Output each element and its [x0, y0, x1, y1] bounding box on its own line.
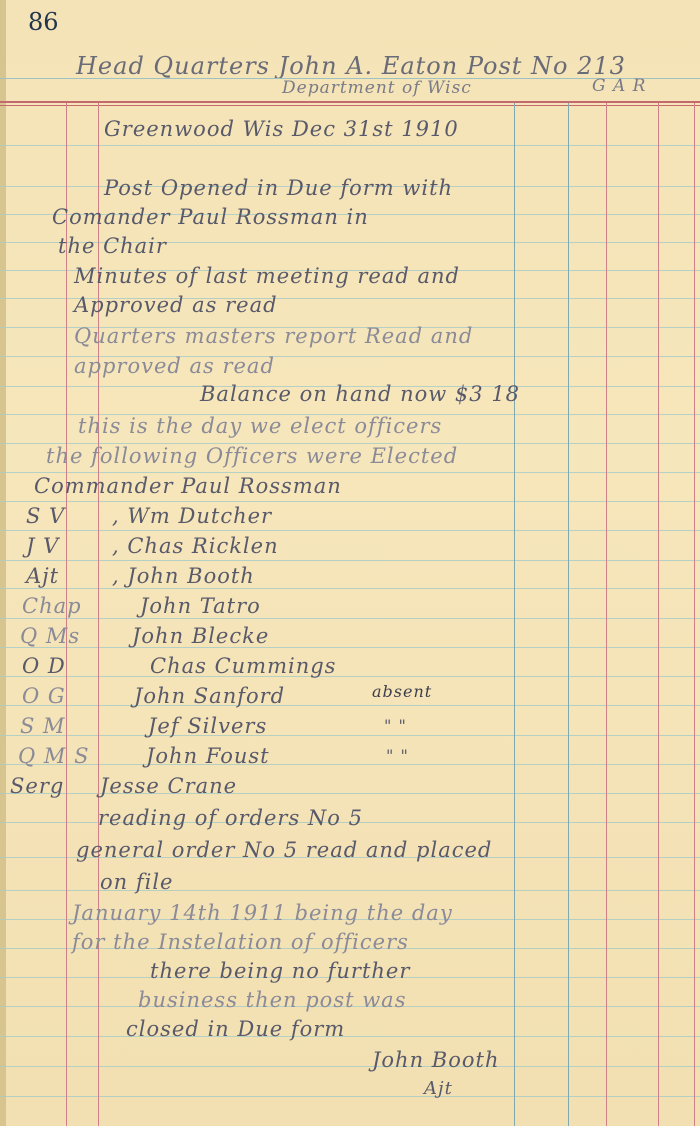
- header-title: Head Quarters John A. Eaton Post No 213: [76, 54, 626, 78]
- column-rule: [568, 103, 569, 1126]
- officer-title: O D: [22, 656, 66, 677]
- minutes-line: the Chair: [58, 236, 167, 257]
- officer-title: Q Ms: [20, 626, 80, 647]
- ruled-line: [0, 735, 700, 736]
- minutes-line: on file: [100, 872, 173, 893]
- officer-title: Serg: [10, 776, 64, 797]
- officer-title: S V: [26, 506, 65, 527]
- officer-name: , Chas Ricklen: [112, 536, 279, 557]
- ruled-line: [0, 472, 700, 473]
- officer-title: S M: [20, 716, 66, 737]
- amount-column-rule: [658, 103, 659, 1126]
- minutes-line: Quarters masters report Read and: [74, 326, 473, 347]
- entry-date: Greenwood Wis Dec 31st 1910: [104, 119, 459, 140]
- ruled-line: [0, 676, 700, 677]
- header-organization: G A R: [592, 78, 646, 95]
- officer-name: John Blecke: [132, 626, 269, 647]
- officer-title: J V: [26, 536, 59, 557]
- double-red-rule-lower: [0, 105, 700, 106]
- amount-column-rule: [694, 103, 695, 1126]
- officer-note: absent: [372, 684, 432, 700]
- officer-name: John Foust: [146, 746, 270, 767]
- ruled-line: [0, 588, 700, 589]
- ruled-line: [0, 1066, 700, 1067]
- balance-line: Balance on hand now $3 18: [200, 384, 520, 405]
- ruled-line: [0, 1036, 700, 1037]
- minutes-line: business then post was: [138, 990, 406, 1011]
- minutes-line: approved as read: [74, 356, 275, 377]
- officer-name: Jef Silvers: [148, 716, 267, 737]
- ruled-line: [0, 501, 700, 502]
- officer-note: " ": [384, 718, 407, 734]
- officer-title: O G: [22, 686, 66, 707]
- minutes-line: closed in Due form: [126, 1019, 345, 1040]
- officer-name: Chas Cummings: [150, 656, 336, 677]
- ruled-line: [0, 705, 700, 706]
- amount-column-rule: [606, 103, 607, 1126]
- ruled-line: [0, 647, 700, 648]
- header-department: Department of Wisc: [282, 80, 472, 97]
- officer-title: Q M S: [18, 746, 89, 767]
- ruled-line: [0, 618, 700, 619]
- signature-name: John Booth: [372, 1050, 499, 1071]
- officer-name: Jesse Crane: [100, 776, 237, 797]
- minutes-line: Minutes of last meeting read and: [74, 266, 460, 287]
- double-red-rule: [0, 101, 700, 103]
- minutes-line: there being no further: [150, 961, 410, 982]
- officer-title: Ajt: [26, 566, 59, 587]
- minutes-line: general order No 5 read and placed: [76, 840, 492, 861]
- page-number: 86: [28, 8, 59, 36]
- ruled-line: [0, 1096, 700, 1097]
- officer-title: Chap: [22, 596, 82, 617]
- minutes-line: January 14th 1911 being the day: [72, 903, 453, 924]
- ruled-line: [0, 145, 700, 146]
- page-spine-edge: [0, 0, 6, 1126]
- ruled-line: [0, 764, 700, 765]
- ruled-line: [0, 560, 700, 561]
- officer-name: , Wm Dutcher: [112, 506, 272, 527]
- officer-note: " ": [386, 748, 409, 764]
- minutes-line: Post Opened in Due form with: [104, 178, 453, 199]
- minutes-line: the following Officers were Elected: [46, 446, 458, 467]
- minutes-line: Comander Paul Rossman in: [52, 207, 369, 228]
- ledger-page: 86 Head Quarters John A. Eaton Post No 2…: [0, 0, 700, 1126]
- signature-title: Ajt: [424, 1080, 453, 1098]
- commander-elected: Commander Paul Rossman: [34, 476, 342, 497]
- column-rule: [514, 103, 515, 1126]
- ruled-line: [0, 530, 700, 531]
- minutes-line: for the Instelation of officers: [72, 932, 409, 953]
- minutes-line: Approved as read: [74, 295, 278, 316]
- minutes-line: reading of orders No 5: [98, 808, 363, 829]
- minutes-line: this is the day we elect officers: [78, 416, 442, 437]
- officer-name: John Sanford: [134, 686, 285, 707]
- officer-name: , John Booth: [112, 566, 255, 587]
- officer-name: John Tatro: [140, 596, 261, 617]
